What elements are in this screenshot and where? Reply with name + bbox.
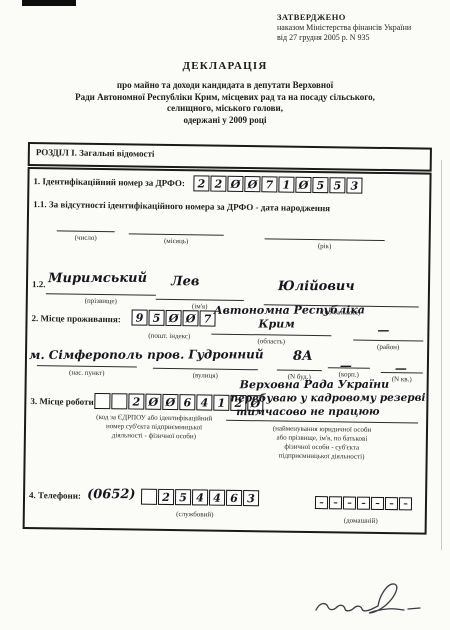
id-digit-box: Ø [227,176,243,192]
work-phone-digit-box: 6 [226,490,242,506]
id-digit-box: 5 [312,177,328,193]
city-handwriting: м. Сімферополь [29,348,143,362]
postal-digit-box: Ø [182,310,198,326]
postal-digit-box: 9 [131,309,147,325]
work-phone-digit-box: 4 [192,489,208,505]
document-title-block: ДЕКЛАРАЦІЯ про майно та доходи кандидата… [25,60,425,126]
approval-stamp: ЗАТВЕРДЖЕНО [277,12,411,23]
id-number-boxes: 2 2 Ø Ø 7 1 Ø 5 5 3 [193,175,363,193]
home-phone-digit-box: – [385,497,398,510]
area-code-handwriting: (0652) [87,487,136,502]
work-phone-digit-box [141,489,157,505]
region-handwriting-line2: Крим [258,317,294,330]
work-phone-digit-box: 4 [209,490,225,506]
postal-code-boxes: 9 5 Ø Ø 7 [131,309,216,326]
approval-block: ЗАТВЕРДЖЕНО наказом Міністерства фінансі… [277,12,411,44]
subtitle-line: про майно та доходи кандидата в депутати… [25,80,425,92]
patronymic-handwriting: Юлійович [278,279,355,294]
work-phone-caption: (службовий) [135,510,255,520]
region-caption: (область) [211,337,331,347]
scanned-declaration-page: ЗАТВЕРДЖЕНО наказом Міністерства фінансі… [0,0,450,630]
code-digit-box [111,393,127,409]
id-digit-box: 3 [346,177,362,193]
signature-stroke [312,578,424,622]
page-title: ДЕКЛАРАЦІЯ [25,60,425,72]
district-caption: (район) [353,343,423,352]
work-phone-digit-box: 2 [158,489,174,505]
surname-caption: (прізвище) [46,296,156,306]
code-digit-box: 2 [128,393,144,409]
id-digit-box: 7 [261,176,277,192]
postal-digit-box: 5 [148,310,164,326]
home-phone-digit-box: – [399,497,412,510]
id-number-label: 1. Ідентифікаційний номер за ДРФО: [33,176,185,188]
home-phone-digit-box: – [329,496,342,509]
residence-label: 2. Місце проживання: [31,313,120,324]
building-handwriting: 8А [293,349,313,364]
id-digit-box: 1 [278,177,294,193]
birth-month-caption: (місяць) [129,236,224,245]
work-phone-digit-box: 3 [243,490,259,506]
id-digit-box: 5 [329,177,345,193]
employer-handwriting-line3: тимчасово не працюю [236,406,379,418]
home-phone-digit-box: – [371,497,384,510]
home-phone-boxes: – – – – – – – [315,496,413,510]
workplace-label: 3. Місце роботи: [30,396,96,407]
code-digit-box: 1 [213,395,229,411]
employer-handwriting-line1: Верховна Рада України [240,378,390,392]
approval-date-line: від 27 грудня 2005 р. N 935 [277,33,411,44]
birth-day-caption: (число) [57,233,115,242]
section-header: РОЗДІЛ І. Загальні відомості [36,147,155,159]
scan-artifact-bar [22,0,76,6]
postal-digit-box: Ø [165,310,181,326]
phones-label: 4. Телефони: [29,490,81,501]
code-digit-box [94,393,110,409]
surname-handwriting: Миримський [48,271,147,286]
first-name-handwriting: Лев [171,274,199,289]
home-phone-digit-box: – [343,496,356,509]
code-digit-box: 4 [196,394,212,410]
id-digit-box: Ø [244,176,260,192]
city-caption: (нас. пункт) [37,368,137,377]
district-dash: — [377,323,389,337]
region-handwriting-line1: Автономна Республіка [214,303,365,317]
subtitle-line: Ради Автономної Республіки Крим, місцеви… [25,92,425,104]
code-digit-box: 6 [179,394,195,410]
id-digit-box: Ø [295,177,311,193]
id-digit-box: 2 [210,176,226,192]
subtitle-line: селищного, міського голови, [25,103,425,115]
code-digit-box: Ø [162,394,178,410]
home-phone-digit-box: – [315,496,328,509]
birth-year-caption: (рік) [265,241,385,251]
employer-handwriting-line2: перебуваю у кадровому резерві [230,392,425,405]
subtitle-line: одержані у 2009 році [25,115,425,127]
approval-order-line: наказом Міністерства фінансів України [277,23,411,34]
work-phone-boxes: 2 5 4 4 6 3 [141,489,260,507]
name-item-number: 1.2. [32,279,46,289]
signature [312,578,424,627]
postal-caption: (пошт. індекс) [123,331,215,340]
work-phone-digit-box: 5 [175,489,191,505]
street-handwriting: пров. Гудронний [147,347,264,361]
id-digit-box: 2 [193,175,209,191]
page-edge-shadow [441,160,442,550]
code-digit-box: Ø [145,394,161,410]
form-section-1: РОЗДІЛ І. Загальні відомості 1. Ідентифі… [23,142,432,536]
home-phone-digit-box: – [357,497,370,510]
title-subtitle: про майно та доходи кандидата в депутати… [25,80,425,126]
home-phone-caption: (домашній) [313,516,409,525]
